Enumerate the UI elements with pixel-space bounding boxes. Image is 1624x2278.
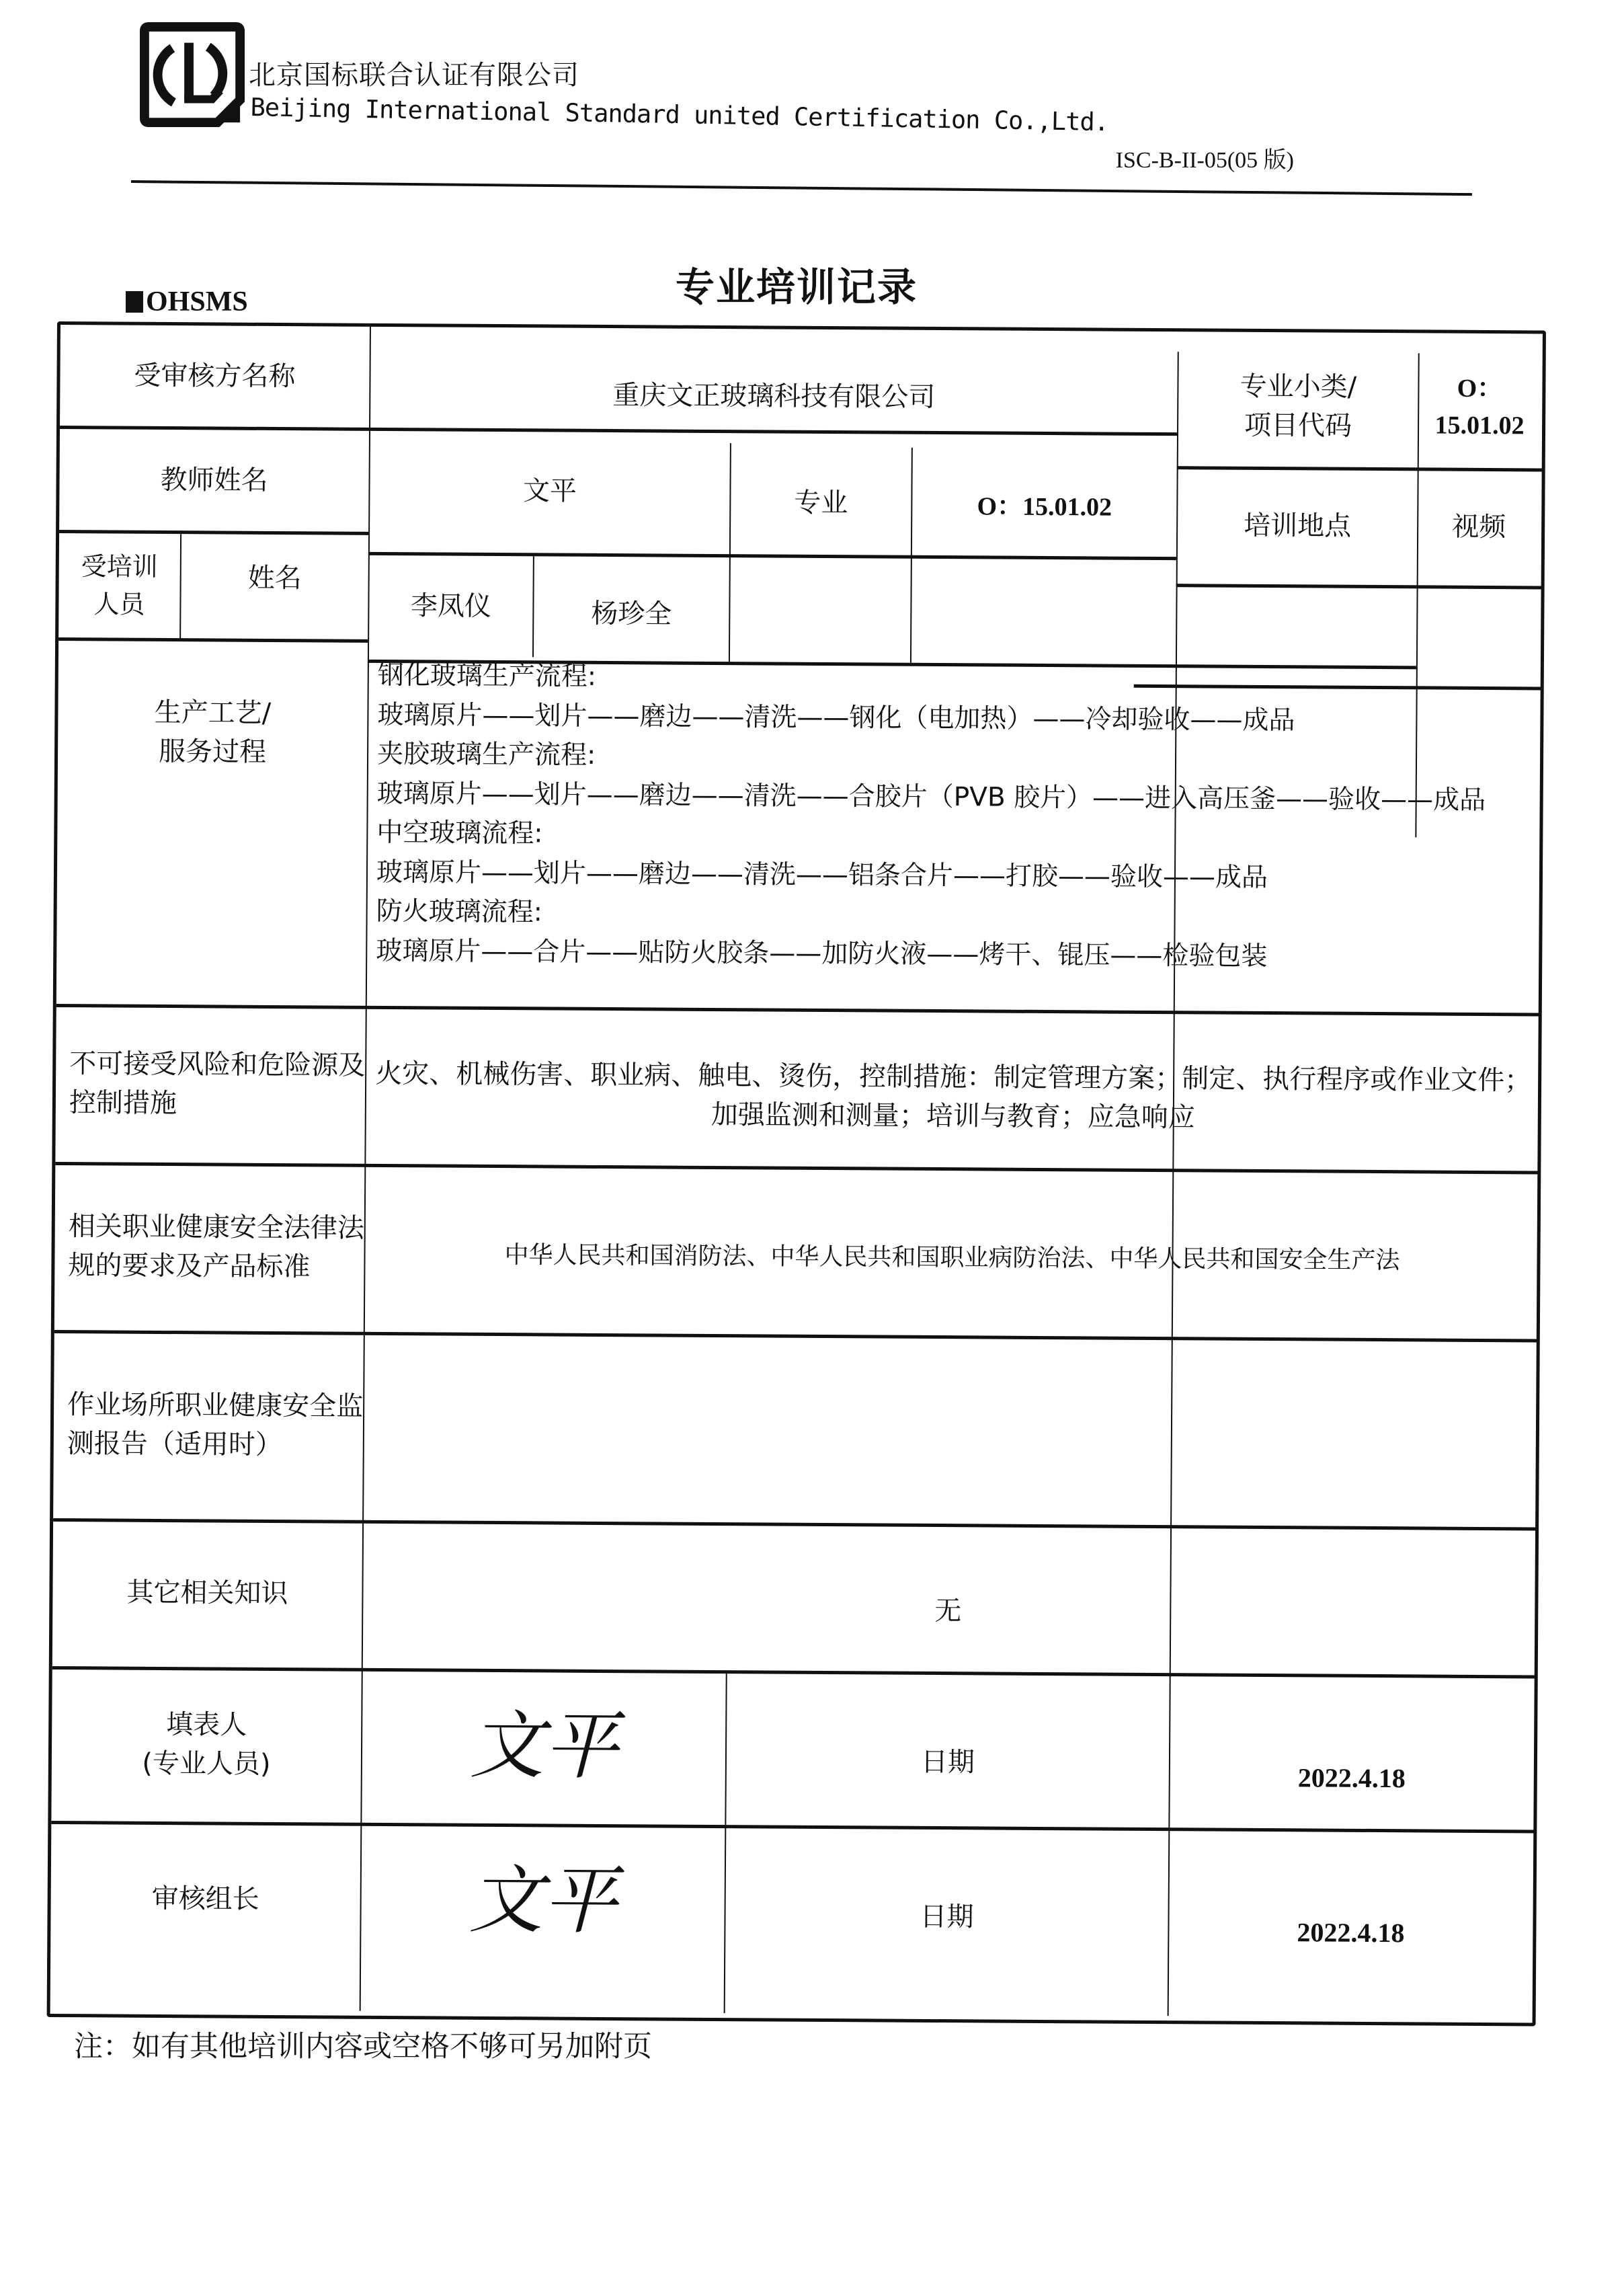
footnote: 注：如有其他培训内容或空格不够可另加附页	[74, 2024, 652, 2065]
leader-date-value: 2022.4.18	[1169, 1858, 1533, 2008]
system-tag-label: OHSMS	[146, 286, 248, 318]
company-name-en: Beijing International Standard united Ce…	[250, 93, 1108, 136]
risk-label: 不可接受风险和危险源及控制措施	[69, 1007, 365, 1161]
laws-value: 中华人民共和国消防法、中华人民共和国职业病防治法、中华人民共和国安全生产法	[374, 1174, 1531, 1343]
monitor-label: 作业场所职业健康安全监测报告（适用时）	[67, 1333, 364, 1517]
filler-signature: 文平	[362, 1672, 725, 1821]
trainee-name-label: 姓名	[181, 534, 368, 623]
isc-logo-icon	[139, 22, 245, 128]
training-record-form: 受审核方名称 重庆文正玻璃科技有限公司 专业小类/ 项目代码 O：15.01.0…	[47, 321, 1546, 2026]
process-line: 玻璃原片——划片——磨边——清洗——铝条合片——打胶——验收——成品	[376, 853, 1486, 899]
other-label: 其它相关知识	[52, 1522, 362, 1665]
location-value: 视频	[1418, 467, 1540, 586]
system-tag: OHSMS	[126, 286, 248, 318]
process-line: 玻璃原片——划片——磨边——清洗——合胶片（PVB 胶片）——进入高压釜——验收…	[377, 774, 1486, 820]
location-label: 培训地点	[1178, 466, 1418, 585]
black-square-icon	[126, 291, 143, 313]
trainees-label: 受培训 人员	[58, 533, 180, 638]
trainee-name-3	[730, 571, 911, 663]
leader-label: 审核组长	[50, 1824, 360, 1974]
process-line: 中空玻璃流程:	[376, 814, 1486, 860]
category-value: O：15.01.02	[1419, 346, 1541, 468]
filler-label: 填表人 (专业人员)	[51, 1670, 361, 1819]
laws-label: 相关职业健康安全法律法规的要求及产品标准	[68, 1165, 364, 1329]
trainee-name-2: 杨珍全	[534, 563, 729, 665]
process-content: 钢化玻璃生产流程: 玻璃原片——划片——磨边——清洗——钢化（电加热）——冷却验…	[376, 656, 1487, 978]
risk-value: 火灾、机械伤害、职业病、触电、烫伤，控制措施：制定管理方案；制定、执行程序或作业…	[374, 1026, 1531, 1168]
company-name-cn: 北京国标联合认证有限公司	[249, 54, 579, 92]
monitor-value	[372, 1335, 1530, 1524]
teacher-value: 文平	[370, 431, 730, 551]
process-line: 夹胶玻璃生产流程:	[377, 735, 1486, 781]
process-label: 生产工艺/ 服务过程	[57, 641, 368, 824]
major-label: 专业	[731, 443, 911, 562]
page-header: 北京国标联合认证有限公司 Beijing International Stand…	[131, 20, 1475, 195]
process-line: 防火玻璃流程:	[376, 892, 1485, 939]
other-value: 无	[363, 1537, 1533, 1686]
process-line: 玻璃原片——划片——磨边——清洗——钢化（电加热）——冷却验收——成品	[377, 695, 1486, 742]
major-value: O：15.01.02	[912, 448, 1177, 567]
category-label: 专业小类/ 项目代码	[1178, 345, 1418, 467]
teacher-label: 教师姓名	[59, 429, 369, 532]
trainee-name-1: 李凤仪	[369, 555, 533, 657]
process-line: 玻璃原片——合片——贴防火胶条——加防火液——烤干、锟压——检验包装	[376, 931, 1485, 978]
filler-date-label: 日期	[726, 1687, 1169, 1838]
trainee-name-4	[911, 572, 1176, 664]
page-title: 专业培训记录	[676, 256, 918, 312]
process-line: 钢化玻璃生产流程:	[378, 656, 1487, 703]
leader-signature: 文平	[361, 1826, 725, 1976]
document-code: ISC-B-II-05(05 版)	[1116, 141, 1294, 174]
auditee-label: 受审核方名称	[60, 325, 370, 428]
leader-date-label: 日期	[725, 1842, 1168, 1992]
header-divider	[131, 180, 1472, 196]
